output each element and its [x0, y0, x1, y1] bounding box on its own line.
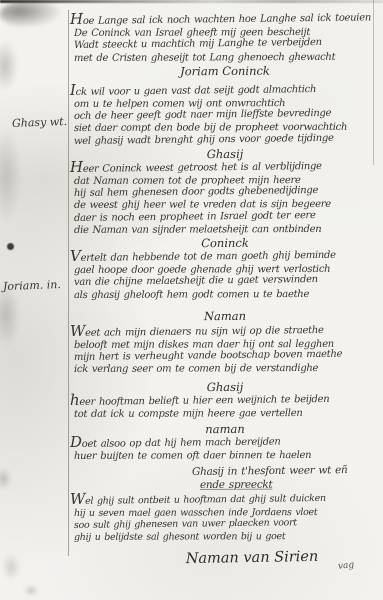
speaker-heading: Joriam Coninck [74, 64, 376, 79]
margin-note-joriam-in: Joriam. in. [3, 278, 61, 293]
stanza: Heer Coninck weest getroost het is al ve… [74, 161, 376, 237]
manuscript-line: Weet ach mijn dienaers nu sijn wij op di… [74, 321, 376, 340]
manuscript-line: van die chijne melaetsheijt die u gaet v… [74, 274, 376, 290]
scan-stain [0, 128, 22, 223]
stanza: Vertelt dan hebbende tot de man goeth gh… [74, 250, 376, 302]
ink-dot [7, 243, 14, 250]
manuscript-line: Vertelt dan hebbende tot de man goeth gh… [74, 246, 376, 265]
scan-stain [0, 40, 18, 92]
margin-note-ghasy-wt: Ghasy wt. [12, 115, 68, 130]
scan-edge-top [0, 0, 383, 3]
stanza: Hoe Lange sal ick noch wachten hoe Langh… [74, 13, 376, 65]
stanza: Weet ach mijn dienaers nu sijn wij op di… [74, 325, 376, 377]
manuscript-line: Ick wil voor u gaen vast dat seijt godt … [74, 80, 376, 99]
manuscript-line: met de Cristen gheseijt tot Lang ghenoec… [74, 51, 376, 65]
scan-stain [24, 586, 38, 595]
manuscript-line: als ghasij ghelooft hem godt comen u te … [74, 288, 376, 302]
manuscript-line: Doet alsoo op dat hij hem mach bereijden [74, 432, 376, 451]
manuscript-line: tot dat ick u compste mijn heere gae ver… [74, 408, 376, 422]
stanza: heer hooftman belieft u hier een weijnic… [74, 394, 376, 421]
scan-stain [0, 0, 62, 28]
manuscript-line: ghij u belijdste sal ghesont worden bij … [74, 531, 376, 544]
stanza: Wel ghij sult ontbeit u hooftman dat ghi… [74, 494, 376, 543]
manuscript-line: soo sult ghij ghenesen van uwer plaecken… [74, 516, 376, 531]
manuscript-line: Heer Coninck weest getroost het is al ve… [74, 157, 376, 176]
handwritten-text-block: Hoe Lange sal ick noch wachten hoe Langh… [74, 13, 376, 566]
manuscript-line: ick verlang seer om te comen bij de vers… [74, 363, 376, 377]
scan-stain [0, 468, 11, 490]
manuscript-page: Ghasy wt. Joriam. in. Hoe Lange sal ick … [0, 0, 383, 600]
scan-stain [2, 553, 20, 581]
stage-direction: Ghasij in t'hesfont weer wt eñende spree… [74, 466, 376, 492]
stanza: Doet alsoo op dat hij hem mach bereijden… [74, 436, 376, 463]
manuscript-line: Wel ghij sult ontbeit u hooftman dat ghi… [74, 491, 376, 508]
stanza: Ick wil voor u gaen vast dat seijt godt … [74, 84, 376, 148]
catchword: vag [338, 560, 355, 572]
manuscript-line: Ghasij in t'hesfont weer wt eñ [192, 464, 376, 479]
manuscript-line: Wadt steeckt u machtich mij Langhe te ve… [74, 37, 376, 53]
manuscript-line: huer buijten te comen oft daer binnen te… [74, 450, 376, 464]
manuscript-line: Hoe Lange sal ick noch wachten hoe Langh… [74, 9, 376, 28]
manuscript-line: heer hooftman belieft u hier een weijnic… [74, 390, 376, 409]
margin-rule-line [68, 10, 69, 556]
